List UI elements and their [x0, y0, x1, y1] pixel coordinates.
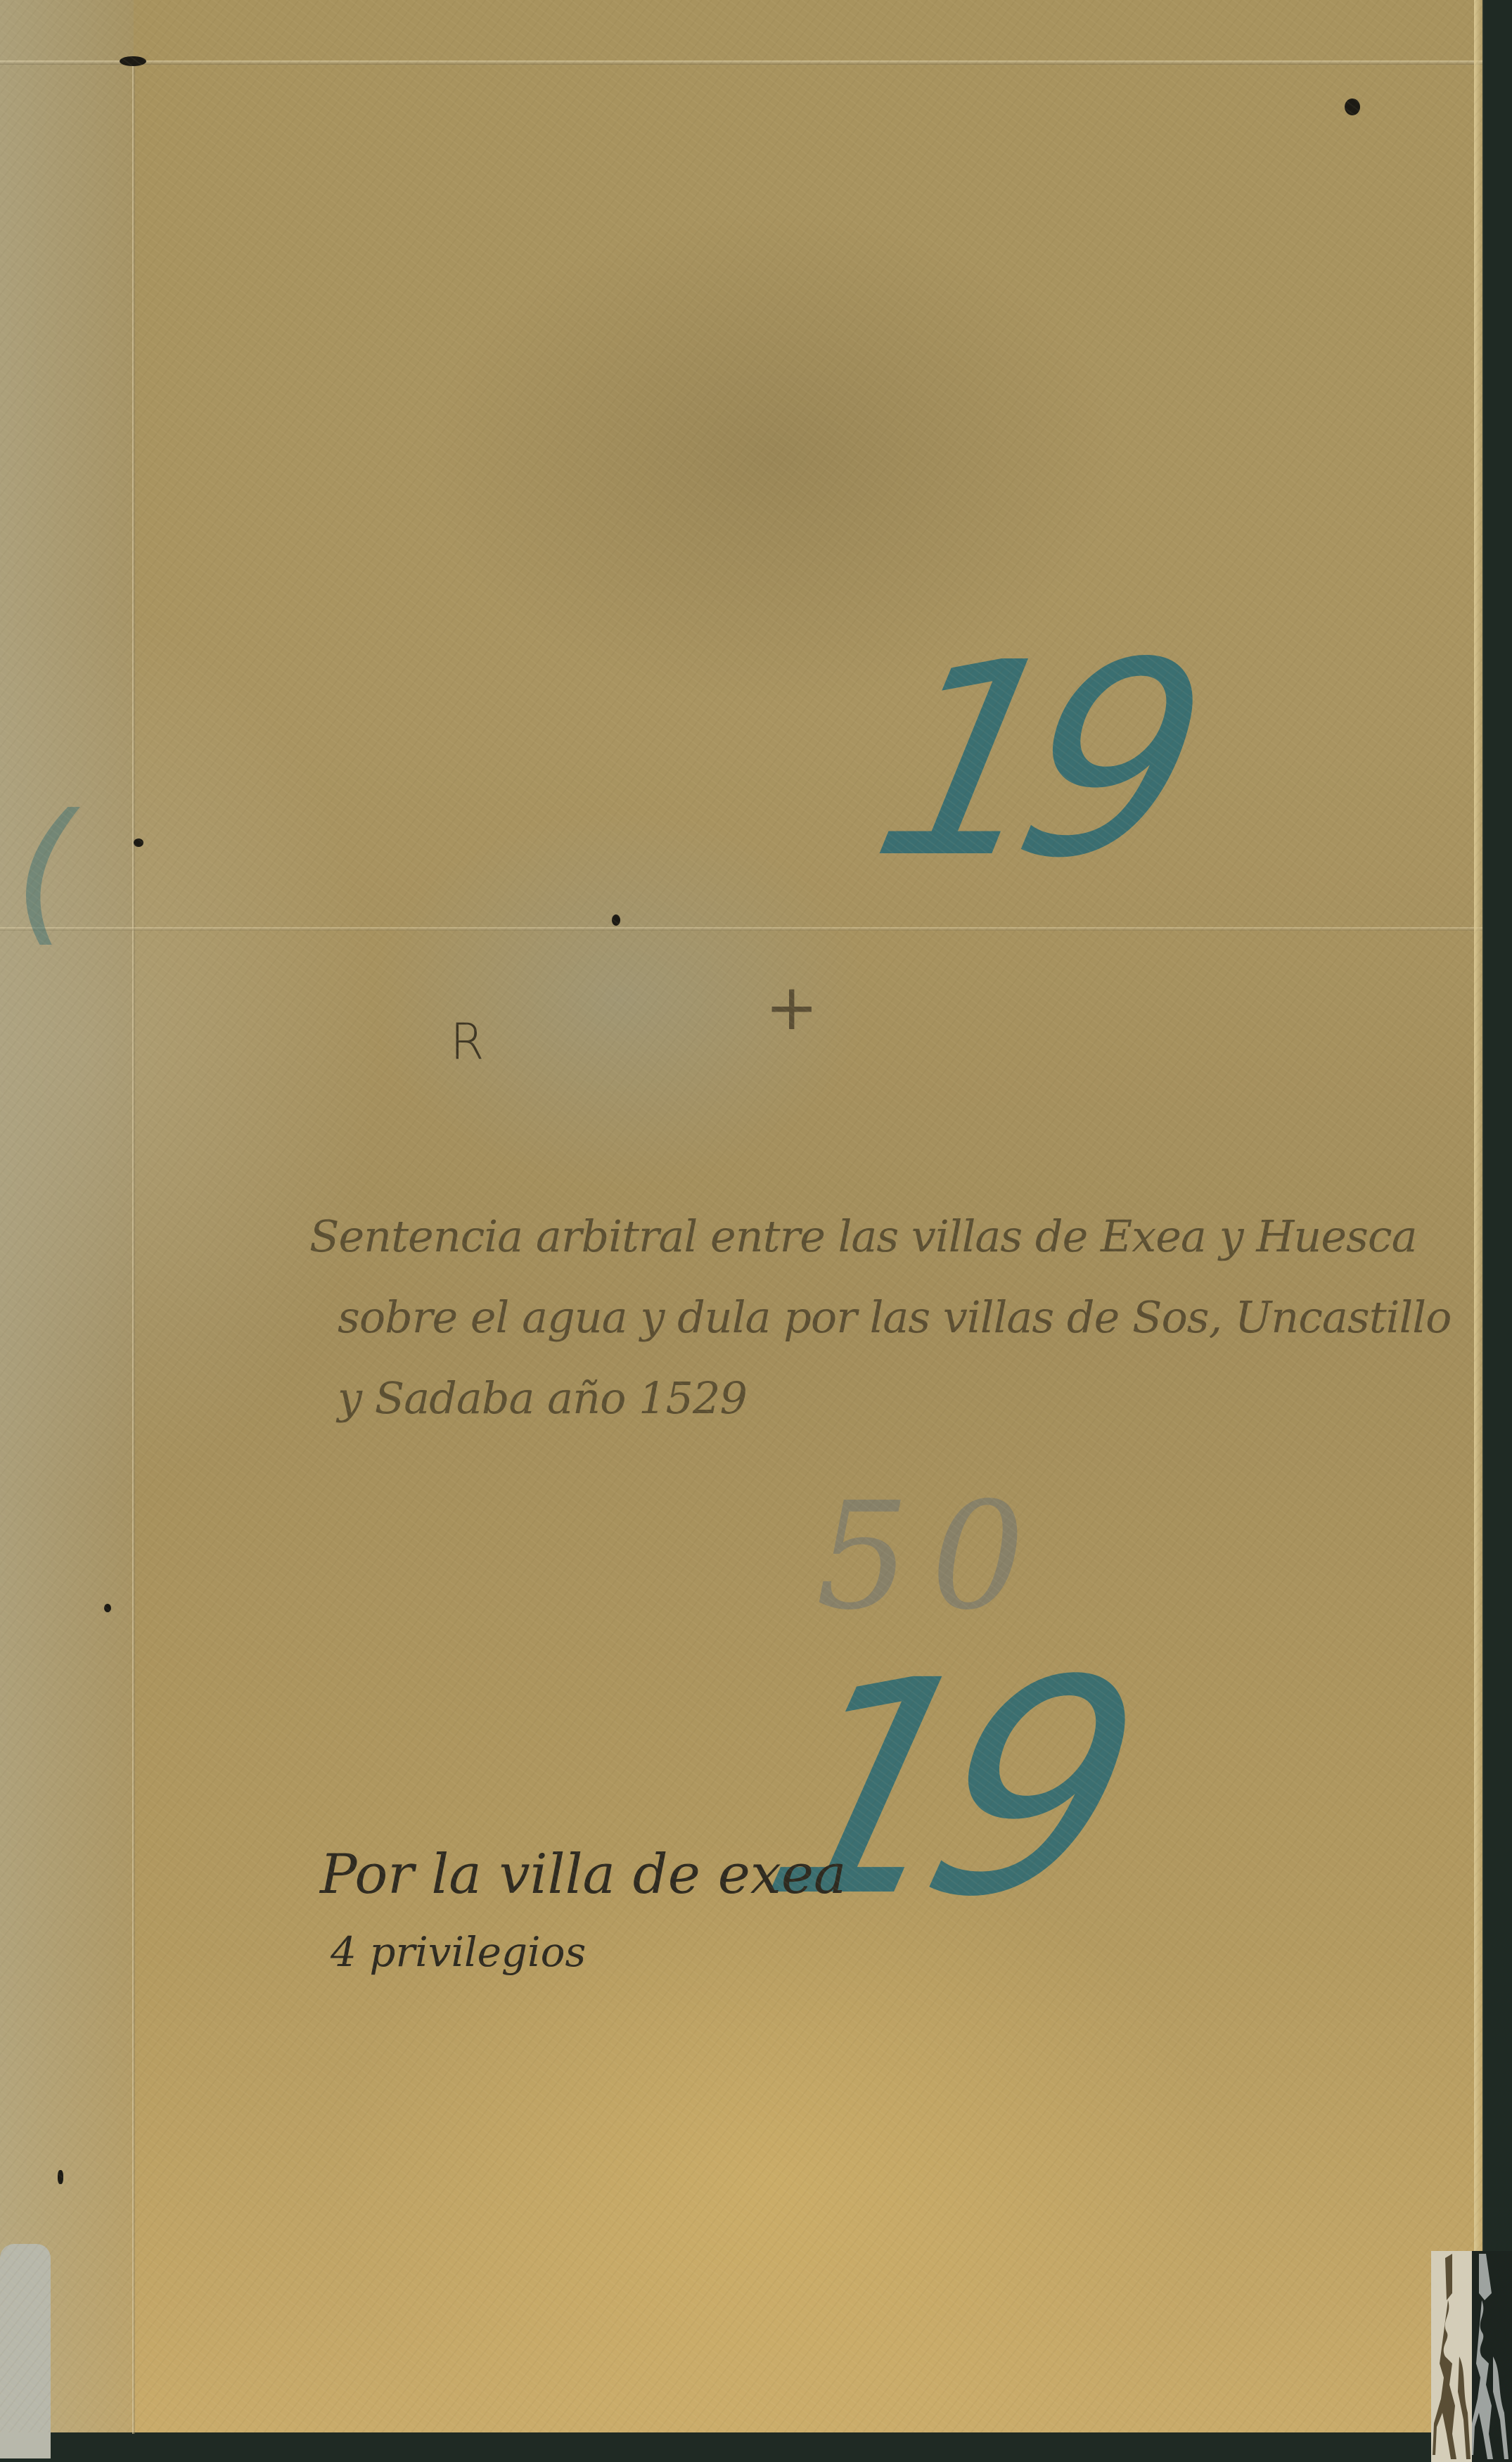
signature-line-1: Por la villa de exea	[320, 1836, 847, 1913]
fold-hole-top-right	[1345, 98, 1360, 115]
title-inscription: Sentencia arbitral entre las villas de E…	[309, 1196, 1451, 1439]
vertical-fold-line	[132, 56, 135, 2434]
signature-line-2: 4 privilegios	[320, 1913, 847, 1991]
blue-crayon-number-top: 19	[853, 605, 1203, 917]
cross-mark: +	[765, 971, 818, 1045]
horizontal-fold-line	[0, 927, 1482, 931]
underlying-sheet-tab	[0, 2244, 51, 2458]
inscription-line-2: sobre el agua y dula por las villas de S…	[309, 1277, 1451, 1358]
inscription-line-1: Sentencia arbitral entre las villas de E…	[309, 1196, 1451, 1277]
letter-r-mark: R	[450, 1013, 485, 1071]
top-fold-line	[0, 60, 1482, 65]
blue-crayon-mark-left: (	[14, 781, 75, 961]
blue-crayon-number-bottom: 19	[738, 1618, 1143, 1962]
hole-bottom-left	[58, 2170, 63, 2184]
emblem-figure-light-icon	[1431, 2251, 1472, 2462]
emblem-figure-dark-icon	[1472, 2251, 1512, 2462]
fold-hole-center	[612, 914, 620, 926]
inscription-line-3: y Sadaba año 1529	[309, 1358, 1451, 1439]
archive-emblem-icon	[1431, 2251, 1512, 2462]
folded-left-flap	[0, 0, 134, 2432]
signature-note: Por la villa de exea 4 privilegios	[320, 1836, 847, 1991]
parchment-right-edge	[1474, 0, 1484, 2432]
fold-hole-left	[134, 838, 143, 847]
fold-hole-top-left	[120, 56, 146, 66]
pencil-number: 50	[816, 1470, 1046, 1643]
archive-emblem-light-half	[1431, 2251, 1472, 2462]
archive-emblem-dark-half	[1472, 2251, 1512, 2462]
hole-left-lower	[104, 1604, 111, 1612]
parchment-sheet: R + ( 19 Sentencia arbitral entre las vi…	[0, 0, 1482, 2432]
